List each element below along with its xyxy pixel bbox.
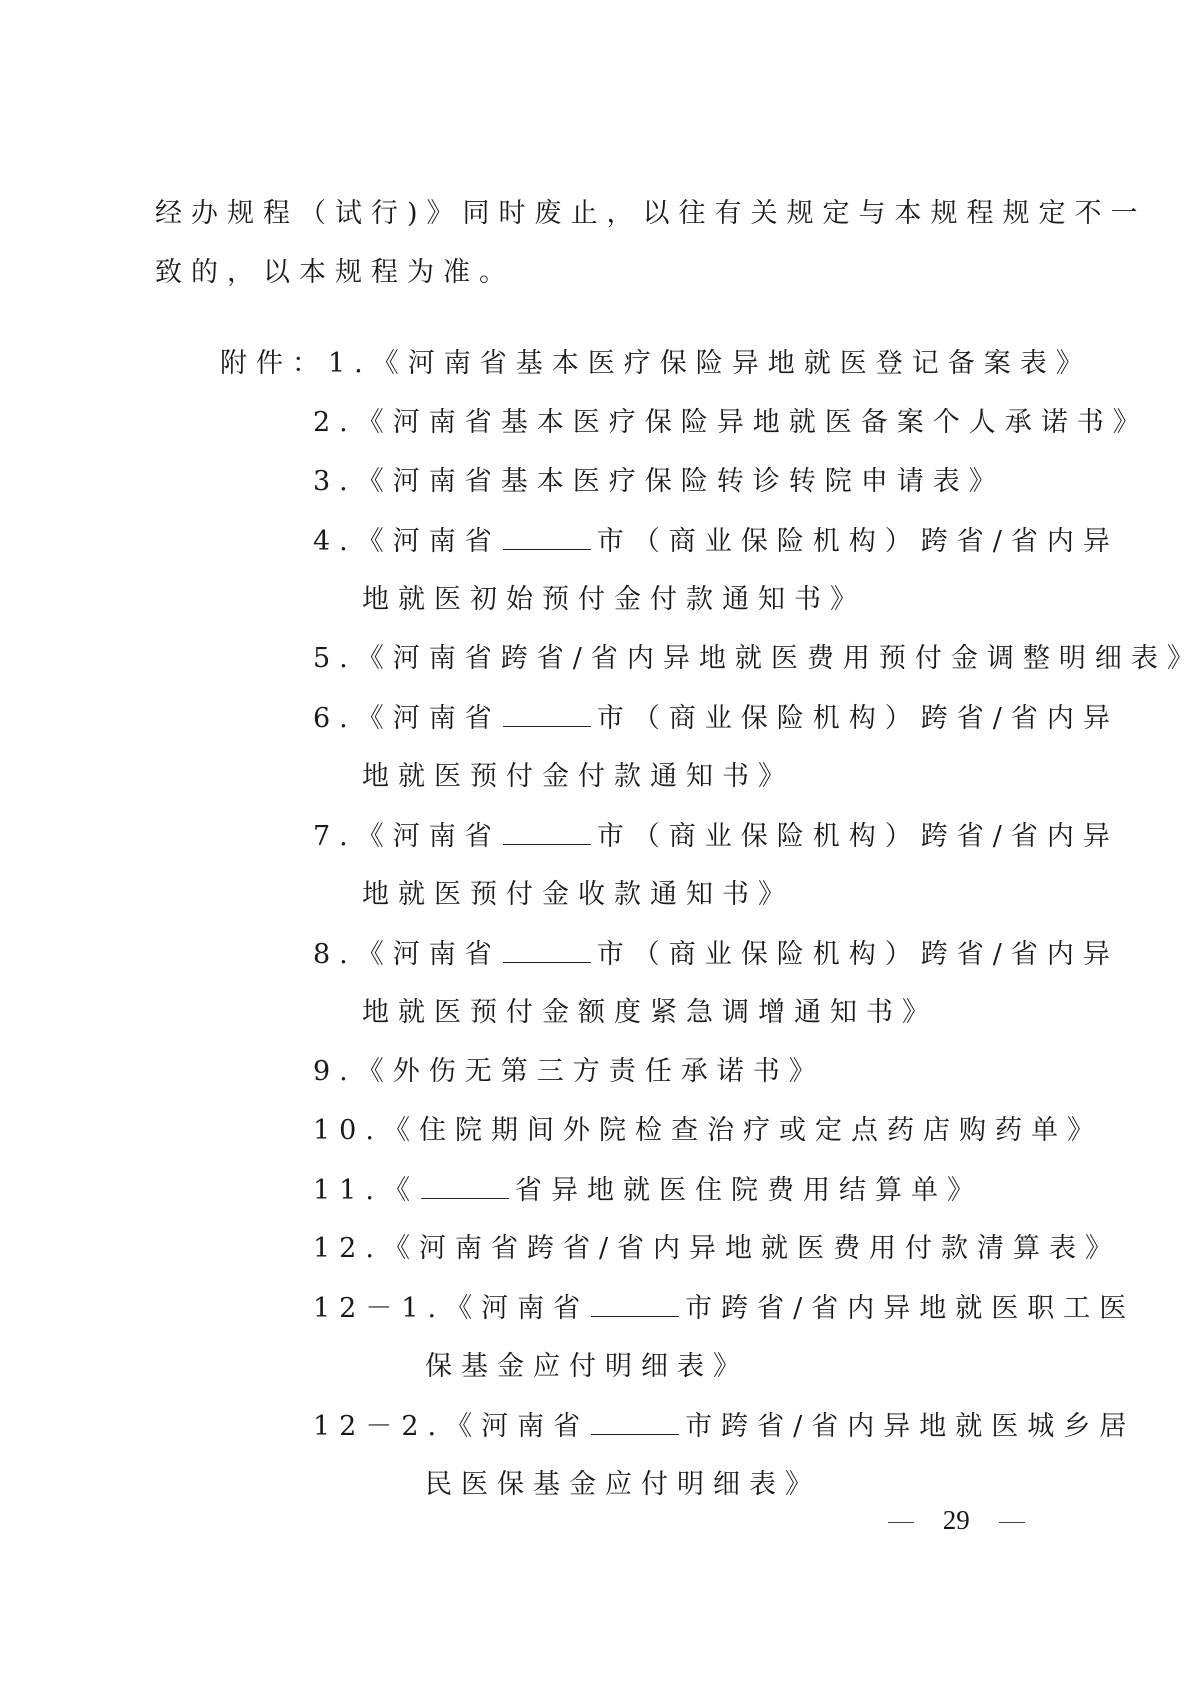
list-item: 5.《河南省跨省/省内异地就医费用预付金调整明细表》 <box>313 641 1190 677</box>
fill-in-blank <box>503 936 591 963</box>
item-title-post: 省异地就医住院费用结算单》 <box>515 1175 983 1206</box>
item-title-pre: 《河南省 <box>445 1411 589 1442</box>
item-title: 《外伤无第三方责任承诺书》 <box>357 1056 825 1087</box>
item-title: 《河南省基本医疗保险异地就医备案个人承诺书》 <box>357 407 1149 438</box>
list-item-continuation: 地就医初始预付金付款通知书》 <box>362 582 866 618</box>
list-item: 2.《河南省基本医疗保险异地就医备案个人承诺书》 <box>313 405 1149 441</box>
fill-in-blank <box>503 523 591 550</box>
item-title: 《河南省跨省/省内异地就医费用付款清算表》 <box>383 1233 1121 1264</box>
list-item: 9.《外伤无第三方责任承诺书》 <box>313 1054 825 1090</box>
item-title-pre: 《河南省 <box>357 526 501 557</box>
list-item: 12－1.《河南省市跨省/省内异地就医职工医 <box>313 1290 1135 1327</box>
item-title-post: 市跨省/省内异地就医城乡居 <box>685 1411 1135 1442</box>
fill-in-blank <box>421 1172 509 1199</box>
fill-in-blank <box>503 700 591 727</box>
list-item-continuation: 地就医预付金收款通知书》 <box>362 877 794 913</box>
item-number: 12－2. <box>313 1411 445 1442</box>
list-item: 12－2.《河南省市跨省/省内异地就医城乡居 <box>313 1408 1135 1445</box>
item-number: 1. <box>328 348 372 379</box>
item-number: 5. <box>313 643 357 674</box>
list-item-continuation: 地就医预付金付款通知书》 <box>362 759 794 795</box>
list-item-continuation: 保基金应付明细表》 <box>425 1349 749 1385</box>
item-title: 《河南省基本医疗保险转诊转院申请表》 <box>357 466 1005 497</box>
list-item: 附件：1.《河南省基本医疗保险异地就医登记备案表》 <box>220 346 1092 382</box>
item-title: 《河南省跨省/省内异地就医费用预付金调整明细表》 <box>357 643 1190 674</box>
attachment-label: 附件： <box>220 348 328 379</box>
item-title-pre: 《河南省 <box>357 703 501 734</box>
item-title-post: 市跨省/省内异地就医职工医 <box>685 1293 1135 1324</box>
item-number: 2. <box>313 407 357 438</box>
fill-in-blank <box>503 818 591 845</box>
item-title-pre: 《河南省 <box>357 939 501 970</box>
item-title: 《住院期间外院检查治疗或定点药店购药单》 <box>383 1115 1103 1146</box>
list-item: 6.《河南省市（商业保险机构）跨省/省内异 <box>313 700 1119 737</box>
item-number: 10. <box>313 1115 383 1146</box>
list-item: 3.《河南省基本医疗保险转诊转院申请表》 <box>313 464 1005 500</box>
paragraph-line: 经办规程（试行)》同时废止，以往有关规定与本规程规定不一 <box>155 196 1147 232</box>
item-number: 12. <box>313 1233 383 1264</box>
item-title-post: 市（商业保险机构）跨省/省内异 <box>597 939 1119 970</box>
item-title-post: 市（商业保险机构）跨省/省内异 <box>597 526 1119 557</box>
item-number: 4. <box>313 526 357 557</box>
dash-decoration <box>888 1522 914 1523</box>
dash-decoration <box>999 1522 1025 1523</box>
list-item: 11.《省异地就医住院费用结算单》 <box>313 1172 983 1209</box>
item-title-pre: 《河南省 <box>357 821 501 852</box>
paragraph-line: 致的，以本规程为准。 <box>155 255 515 291</box>
item-title-pre: 《河南省 <box>445 1293 589 1324</box>
item-number: 12－1. <box>313 1293 445 1324</box>
item-title-post: 市（商业保险机构）跨省/省内异 <box>597 821 1119 852</box>
list-item: 12.《河南省跨省/省内异地就医费用付款清算表》 <box>313 1231 1121 1267</box>
list-item-continuation: 地就医预付金额度紧急调增通知书》 <box>362 995 938 1031</box>
item-title: 《河南省基本医疗保险异地就医登记备案表》 <box>372 348 1092 379</box>
item-number: 9. <box>313 1056 357 1087</box>
page-footer: 29 <box>888 1502 1025 1538</box>
item-number: 8. <box>313 939 357 970</box>
list-item: 8.《河南省市（商业保险机构）跨省/省内异 <box>313 936 1119 973</box>
item-number: 7. <box>313 821 357 852</box>
item-title-post: 市（商业保险机构）跨省/省内异 <box>597 703 1119 734</box>
fill-in-blank <box>591 1408 679 1435</box>
item-number: 11. <box>313 1175 383 1206</box>
fill-in-blank <box>591 1290 679 1317</box>
page-number: 29 <box>943 1505 970 1535</box>
list-item: 7.《河南省市（商业保险机构）跨省/省内异 <box>313 818 1119 855</box>
item-number: 6. <box>313 703 357 734</box>
item-title-pre: 《 <box>383 1175 419 1206</box>
item-number: 3. <box>313 466 357 497</box>
list-item: 4.《河南省市（商业保险机构）跨省/省内异 <box>313 523 1119 560</box>
list-item: 10.《住院期间外院检查治疗或定点药店购药单》 <box>313 1113 1103 1149</box>
list-item-continuation: 民医保基金应付明细表》 <box>425 1467 821 1503</box>
